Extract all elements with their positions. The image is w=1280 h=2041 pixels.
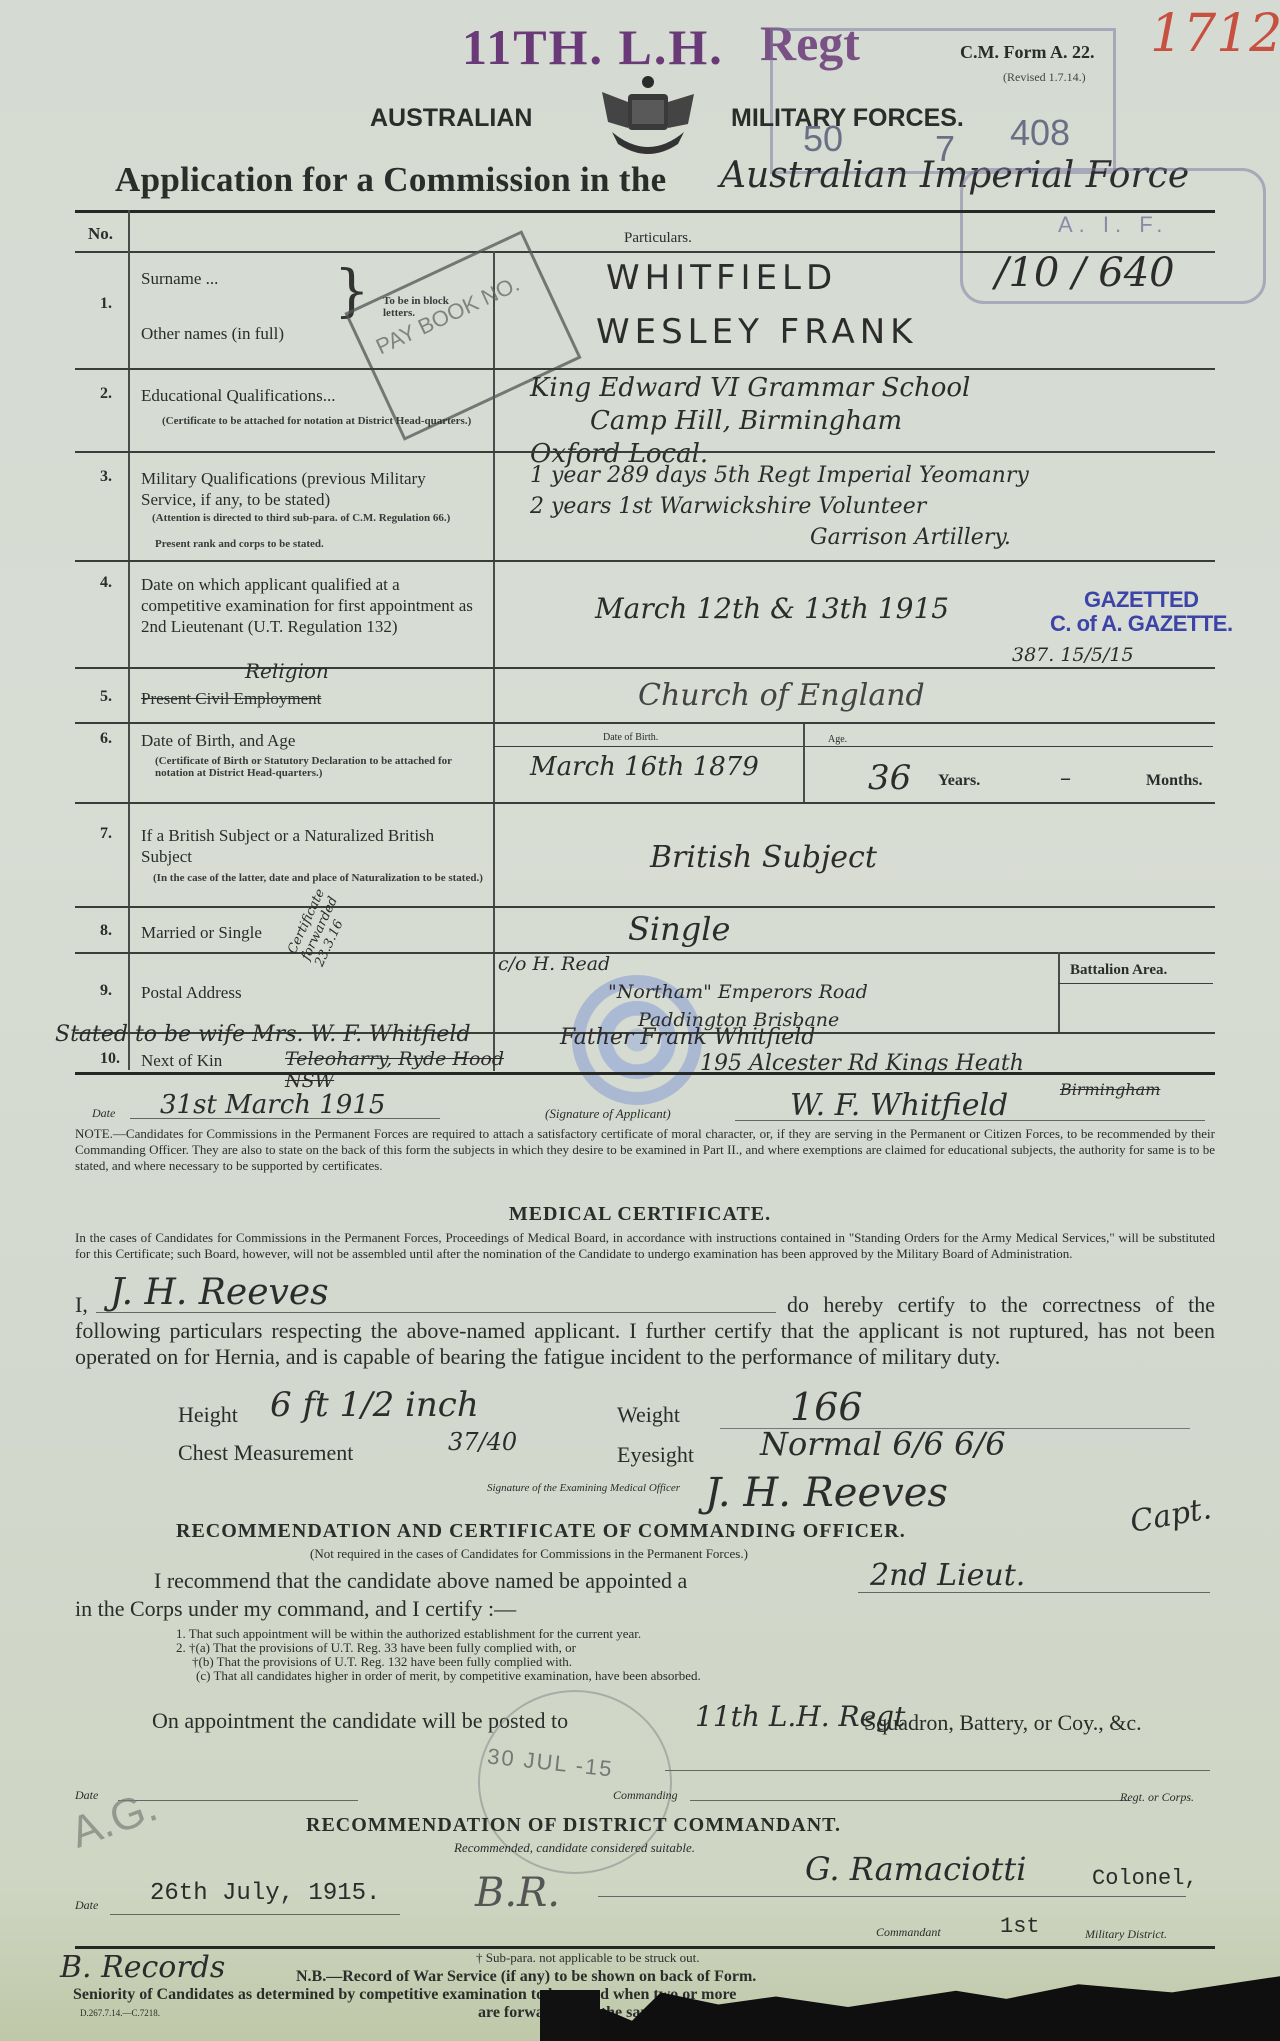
row-9-label: Postal Address [141, 982, 242, 1003]
co-commanding-label: Commanding [613, 1788, 678, 1803]
weight-value: 166 [790, 1385, 863, 1429]
row-9-number: 9. [100, 982, 112, 1000]
district-date-label: Date [75, 1898, 98, 1913]
gazetted-stamp: GAZETTED C. of A. GAZETTE. [1050, 588, 1233, 636]
medical-intro: In the cases of Candidates for Commissio… [75, 1230, 1215, 1262]
co-recommend-text: I recommend that the candidate above nam… [154, 1568, 687, 1594]
row-10-number: 10. [100, 1050, 120, 1068]
district-date-value: 26th July, 1915. [150, 1880, 380, 1907]
reference-number-red: 1712 [1150, 4, 1280, 64]
co-items: 1. That such appointment will be within … [176, 1627, 701, 1683]
marital-status-value: Single [628, 910, 730, 948]
chest-label: Chest Measurement [178, 1440, 353, 1466]
row-6-note: (Certificate of Birth or Statutory Decla… [155, 755, 480, 779]
row-7-number: 7. [100, 825, 112, 843]
chest-value: 37/40 [448, 1428, 517, 1456]
row-10-label: Next of Kin [141, 1050, 222, 1071]
military-line-3: Garrison Artillery. [530, 522, 1029, 553]
row-8-label: Married or Single [141, 922, 262, 943]
address-line-1: c/o H. Read [498, 950, 868, 978]
subpara-note: † Sub-para. not applicable to be struck … [476, 1950, 699, 1966]
district-signature: G. Ramaciotti [805, 1850, 1026, 1888]
eyesight-value: Normal 6/6 6/6 [760, 1425, 1006, 1463]
posting-suffix: Squadron, Battery, or Coy., &c. [864, 1710, 1142, 1736]
row-1-label-surname: Surname ... [141, 268, 218, 289]
applicant-signature: W. F. Whitfield [790, 1088, 1008, 1123]
row-5-number: 5. [100, 688, 112, 706]
print-code: D.267.7.14.—C.7218. [80, 2008, 160, 2018]
appointed-rank-value: 2nd Lieut. [870, 1558, 1025, 1593]
row-3-number: 3. [100, 468, 112, 486]
row-8-number: 8. [100, 922, 112, 940]
next-of-kin-struck: Teleoharry, Ryde Hood NSW [285, 1048, 545, 1092]
postal-address-value: c/o H. Read "Northam" Emperors Road Padd… [498, 950, 868, 1034]
education-line-1: King Edward VI Grammar School [530, 372, 970, 405]
row-3-note: (Attention is directed to third sub-para… [152, 512, 482, 524]
document-page: 11TH. L.H. Regt C.M. Form A. 22. (Revise… [0, 0, 1280, 2041]
education-line-2: Camp Hill, Birmingham [530, 405, 970, 438]
seniority-note: Seniority of Candidates as determined by… [73, 1986, 736, 2004]
commandant-label: Commandant [876, 1925, 941, 1940]
kin-line-1: Father Frank Whitfield [560, 1025, 1160, 1051]
religion-value: Church of England [638, 678, 925, 713]
row-2-note: (Certificate to be attached for notation… [162, 415, 482, 427]
form-number: C.M. Form A. 22. [960, 42, 1094, 63]
coat-of-arms-icon [592, 72, 704, 160]
education-value: King Edward VI Grammar School Camp Hill,… [530, 372, 970, 471]
applicant-date-label: Date [92, 1106, 115, 1121]
row-6-label: Date of Birth, and Age [141, 730, 295, 751]
co-item-2b: †(b) That the provisions of U.T. Reg. 13… [176, 1655, 701, 1669]
medical-officer-signature: J. H. Reeves [705, 1470, 948, 1516]
form-revised: (Revised 1.7.14.) [1003, 70, 1086, 85]
row-3-label: Military Qualifications (previous Milita… [141, 468, 481, 510]
weight-label: Weight [617, 1402, 680, 1428]
british-subject-value: British Subject [650, 840, 877, 875]
row-7-label: If a British Subject or a Naturalized Br… [141, 825, 481, 867]
regiment-stamp: 11TH. L.H. [462, 18, 724, 76]
co-regt-label: Regt. or Corps. [1120, 1790, 1194, 1805]
applicant-signature-label: (Signature of Applicant) [545, 1106, 671, 1122]
district-number: 1st [1000, 1914, 1040, 1939]
height-value: 6 ft 1/2 inch [270, 1385, 479, 1425]
row-1-number: 1. [100, 295, 112, 313]
page-title: Application for a Commission in the [115, 160, 666, 200]
torn-hole [540, 1990, 600, 2041]
note-paragraph: NOTE.—Candidates for Commissions in the … [75, 1126, 1215, 1174]
row-6-number: 6. [100, 730, 112, 748]
address-line-2: "Northam" Emperors Road [498, 978, 868, 1006]
row-2-number: 2. [100, 385, 112, 403]
col-particulars-header: Particulars. [624, 228, 692, 249]
district-initials: B.R. [475, 1870, 560, 1916]
months-label: Months. [1146, 772, 1202, 790]
district-heading: RECOMMENDATION OF DISTRICT COMMANDANT. [306, 1814, 841, 1837]
eyesight-label: Eyesight [617, 1442, 694, 1468]
district-label: Military District. [1085, 1927, 1167, 1942]
dob-header: Date of Birth. [603, 732, 658, 743]
gazetted-stamp-line-1: GAZETTED [1050, 588, 1233, 612]
row-3-note-2: Present rank and corps to be stated. [155, 538, 324, 550]
records-note: B. Records [60, 1950, 225, 1985]
surname-value: WHITFIELD [606, 258, 837, 298]
co-item-1: 1. That such appointment will be within … [176, 1627, 701, 1641]
medical-certify-text: do hereby certify to the correctness of … [75, 1292, 1215, 1370]
col-no-header: No. [88, 223, 113, 244]
military-qualifications-value: 1 year 289 days 5th Regt Imperial Yeoman… [530, 460, 1029, 553]
header-military-forces: MILITARY FORCES. [731, 104, 964, 133]
row-5-label-handwritten: Religion [245, 659, 329, 683]
military-line-2: 2 years 1st Warwickshire Volunteer [530, 491, 1029, 522]
row-1-label-other-names: Other names (in full) [141, 323, 284, 344]
district-sub: Recommended, candidate considered suitab… [454, 1840, 695, 1856]
medical-officer-rank: Capt. [1128, 1491, 1214, 1540]
medical-signature-label: Signature of the Examining Medical Offic… [465, 1482, 680, 1494]
co-heading: RECOMMENDATION AND CERTIFICATE OF COMMAN… [176, 1520, 906, 1543]
age-months-value: – [1060, 766, 1071, 791]
dob-value: March 16th 1879 [530, 752, 790, 782]
battalion-area-label: Battalion Area. [1070, 962, 1167, 979]
row-4-label: Date on which applicant qualified at a c… [141, 574, 481, 637]
military-line-1: 1 year 289 days 5th Regt Imperial Yeoman… [530, 460, 1029, 491]
row-4-number: 4. [100, 574, 112, 592]
other-names-value: WESLEY FRANK [596, 312, 917, 352]
row-2-label: Educational Qualifications... [141, 385, 336, 406]
header-australian: AUSTRALIAN [370, 104, 533, 133]
applicant-date-value: 31st March 1915 [160, 1090, 385, 1120]
stamp-number-3: 408 [1010, 112, 1070, 154]
next-of-kin-overwrite: Stated to be wife Mrs. W. F. Whitfield [55, 1022, 471, 1047]
years-label: Years. [938, 772, 980, 790]
medical-heading: MEDICAL CERTIFICATE. [0, 1203, 1280, 1226]
gazette-reference: 387. 15/5/15 [1012, 644, 1134, 666]
co-item-2a: 2. †(a) That the provisions of U.T. Reg.… [176, 1641, 701, 1655]
surname-ref: /10 / 640 [995, 250, 1175, 296]
district-rank: Colonel, [1092, 1866, 1198, 1891]
nb-note: N.B.—Record of War Service (if any) to b… [296, 1968, 756, 1986]
age-header: Age. [828, 734, 847, 745]
co-subheading: (Not required in the cases of Candidates… [310, 1546, 748, 1562]
row-5-label-struck: Present Civil Employment [141, 688, 321, 709]
gazetted-stamp-line-2: C. of A. GAZETTE. [1050, 612, 1233, 636]
co-corps-text: in the Corps under my command, and I cer… [75, 1596, 516, 1622]
aif-stamp: A. I. F. [1058, 212, 1168, 238]
co-item-2c: (c) That all candidates higher in order … [176, 1669, 701, 1683]
height-label: Height [178, 1402, 238, 1428]
age-years-value: 36 [868, 758, 911, 798]
exam-date-value: March 12th & 13th 1915 [595, 592, 949, 625]
